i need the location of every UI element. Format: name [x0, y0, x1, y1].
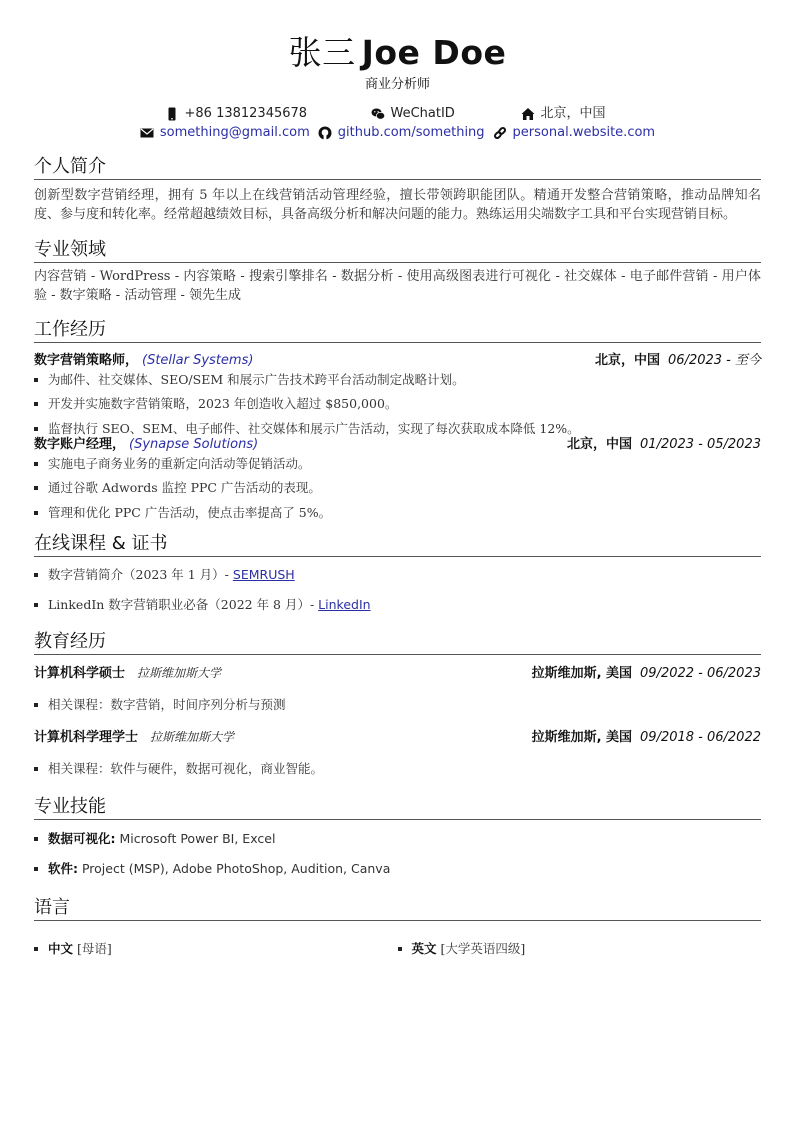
job-location: 北京，中国: [595, 353, 660, 368]
contact-location: 北京，中国: [521, 104, 631, 123]
job-entry: 数字账户经理，(Synapse Solutions) 北京，中国01/2023 …: [34, 435, 761, 525]
name-chinese: 张三: [289, 33, 356, 72]
semrush-link[interactable]: SEMRUSH: [233, 567, 295, 582]
job-title: 商业分析师: [34, 76, 761, 94]
summary-section: 个人简介 创新型数字营销经理，拥有 5 年以上在线营销活动管理经验，擅长带领跨职…: [34, 156, 761, 224]
github-link[interactable]: github.com/something: [338, 123, 485, 142]
course-item: 数字营销简介（2023 年 1 月）- SEMRUSH: [34, 563, 761, 587]
experience-section: 工作经历 数字营销策略师，(Stellar Systems) 北京，中国06/2…: [34, 319, 761, 525]
envelope-icon: [140, 126, 154, 140]
contact-email[interactable]: something@gmail.com: [140, 123, 310, 142]
edu-date: 09/2022 - 06/2023: [640, 666, 761, 681]
skill-item: 软件: Project (MSP), Adobe PhotoShop, Audi…: [34, 857, 761, 881]
edu-bullet: 相关课程：数字营销，时间序列分析与预测: [34, 695, 761, 715]
skill-list: 数据可视化: Microsoft Power BI, Excel 软件: Pro…: [34, 827, 761, 881]
website-link[interactable]: personal.website.com: [513, 123, 656, 142]
job-bullet: 监督执行 SEO、SEM、电子邮件、社交媒体和展示广告活动，实现了每次获取成本降…: [34, 417, 761, 441]
language-list: 中文 [母语] 英文 [大学英语四级]: [34, 939, 761, 959]
expertise-text: 内容营销 - WordPress - 内容策略 - 搜索引擎排名 - 数据分析 …: [34, 267, 761, 305]
link-icon: [493, 126, 507, 140]
section-title: 语言: [34, 897, 761, 921]
job-bullet: 管理和优化 PPC 广告活动，使点击率提高了 5%。: [34, 501, 761, 525]
contact-wechat: WeChatID: [371, 104, 521, 123]
section-title: 专业领域: [34, 239, 761, 263]
section-title: 工作经历: [34, 319, 761, 343]
school-location: 拉斯维加斯, 美国: [532, 666, 632, 681]
education-entry: 计算机科学硕士拉斯维加斯大学 拉斯维加斯, 美国09/2022 - 06/202…: [34, 664, 761, 715]
courses-section: 在线课程 & 证书 数字营销简介（2023 年 1 月）- SEMRUSH Li…: [34, 533, 761, 617]
job-bullets: 实施电子商务业务的重新定向活动等促销活动。 通过谷歌 Adwords 监控 PP…: [34, 454, 761, 525]
contact-github[interactable]: github.com/something: [318, 123, 485, 142]
degree-name: 计算机科学硕士: [34, 666, 125, 681]
education-entry: 计算机科学理学士拉斯维加斯大学 拉斯维加斯, 美国09/2018 - 06/20…: [34, 728, 761, 779]
skills-section: 专业技能 数据可视化: Microsoft Power BI, Excel 软件…: [34, 796, 761, 881]
job-date: 06/2023 - 至今: [668, 353, 761, 368]
course-list: 数字营销简介（2023 年 1 月）- SEMRUSH LinkedIn 数字营…: [34, 563, 761, 617]
expertise-section: 专业领域 内容营销 - WordPress - 内容策略 - 搜索引擎排名 - …: [34, 239, 761, 305]
school-location: 拉斯维加斯, 美国: [532, 730, 632, 745]
edu-date: 09/2018 - 06/2022: [640, 730, 761, 745]
job-bullets: 为邮件、社交媒体、SEO/SEM 和展示广告技术跨平台活动制定战略计划。 开发并…: [34, 370, 761, 441]
skill-item: 数据可视化: Microsoft Power BI, Excel: [34, 827, 761, 851]
job-bullet: 为邮件、社交媒体、SEO/SEM 和展示广告技术跨平台活动制定战略计划。: [34, 370, 761, 390]
job-bullet: 开发并实施数字营销策略，2023 年创造收入超过 $850,000。: [34, 392, 761, 416]
school-name: 拉斯维加斯大学: [137, 666, 221, 680]
job-role: 数字营销策略师，: [34, 353, 138, 368]
company-name: (Stellar Systems): [142, 353, 253, 368]
school-name: 拉斯维加斯大学: [150, 730, 234, 744]
mobile-phone-icon: [165, 107, 179, 121]
job-bullet: 实施电子商务业务的重新定向活动等促销活动。: [34, 454, 761, 474]
contact-info: +86 13812345678 WeChatID 北京，中国: [34, 104, 761, 142]
section-title: 个人简介: [34, 156, 761, 180]
course-item: LinkedIn 数字营销职业必备（2022 年 8 月）- LinkedIn: [34, 593, 761, 617]
section-title: 专业技能: [34, 796, 761, 820]
resume-header: 张三Joe Doe 商业分析师 +86 13812345678 WeChatID: [34, 30, 761, 142]
job-bullet: 通过谷歌 Adwords 监控 PPC 广告活动的表现。: [34, 476, 761, 500]
contact-phone: +86 13812345678: [165, 104, 315, 123]
language-item: 中文 [母语]: [34, 939, 398, 959]
section-title: 教育经历: [34, 631, 761, 655]
job-entry: 数字营销策略师，(Stellar Systems) 北京，中国06/2023 -…: [34, 351, 761, 441]
home-icon: [521, 107, 535, 121]
linkedin-link[interactable]: LinkedIn: [318, 597, 370, 612]
resume-page: 张三Joe Doe 商业分析师 +86 13812345678 WeChatID: [34, 30, 761, 959]
summary-text: 创新型数字营销经理，拥有 5 年以上在线营销活动管理经验，擅长带领跨职能团队。精…: [34, 186, 761, 224]
education-section: 教育经历 计算机科学硕士拉斯维加斯大学 拉斯维加斯, 美国09/2022 - 0…: [34, 631, 761, 779]
github-icon: [318, 126, 332, 140]
section-title: 在线课程 & 证书: [34, 533, 761, 557]
edu-bullet: 相关课程：软件与硬件，数据可视化，商业智能。: [34, 759, 761, 779]
name-english: Joe Doe: [362, 33, 507, 72]
edu-bullets: 相关课程：软件与硬件，数据可视化，商业智能。: [34, 759, 761, 779]
language-item: 英文 [大学英语四级]: [398, 939, 762, 959]
languages-section: 语言 中文 [母语] 英文 [大学英语四级]: [34, 897, 761, 959]
degree-name: 计算机科学理学士: [34, 730, 138, 745]
contact-website[interactable]: personal.website.com: [493, 123, 656, 142]
wechat-icon: [371, 107, 385, 121]
candidate-name: 张三Joe Doe: [34, 30, 761, 76]
email-link[interactable]: something@gmail.com: [160, 123, 310, 142]
edu-bullets: 相关课程：数字营销，时间序列分析与预测: [34, 695, 761, 715]
